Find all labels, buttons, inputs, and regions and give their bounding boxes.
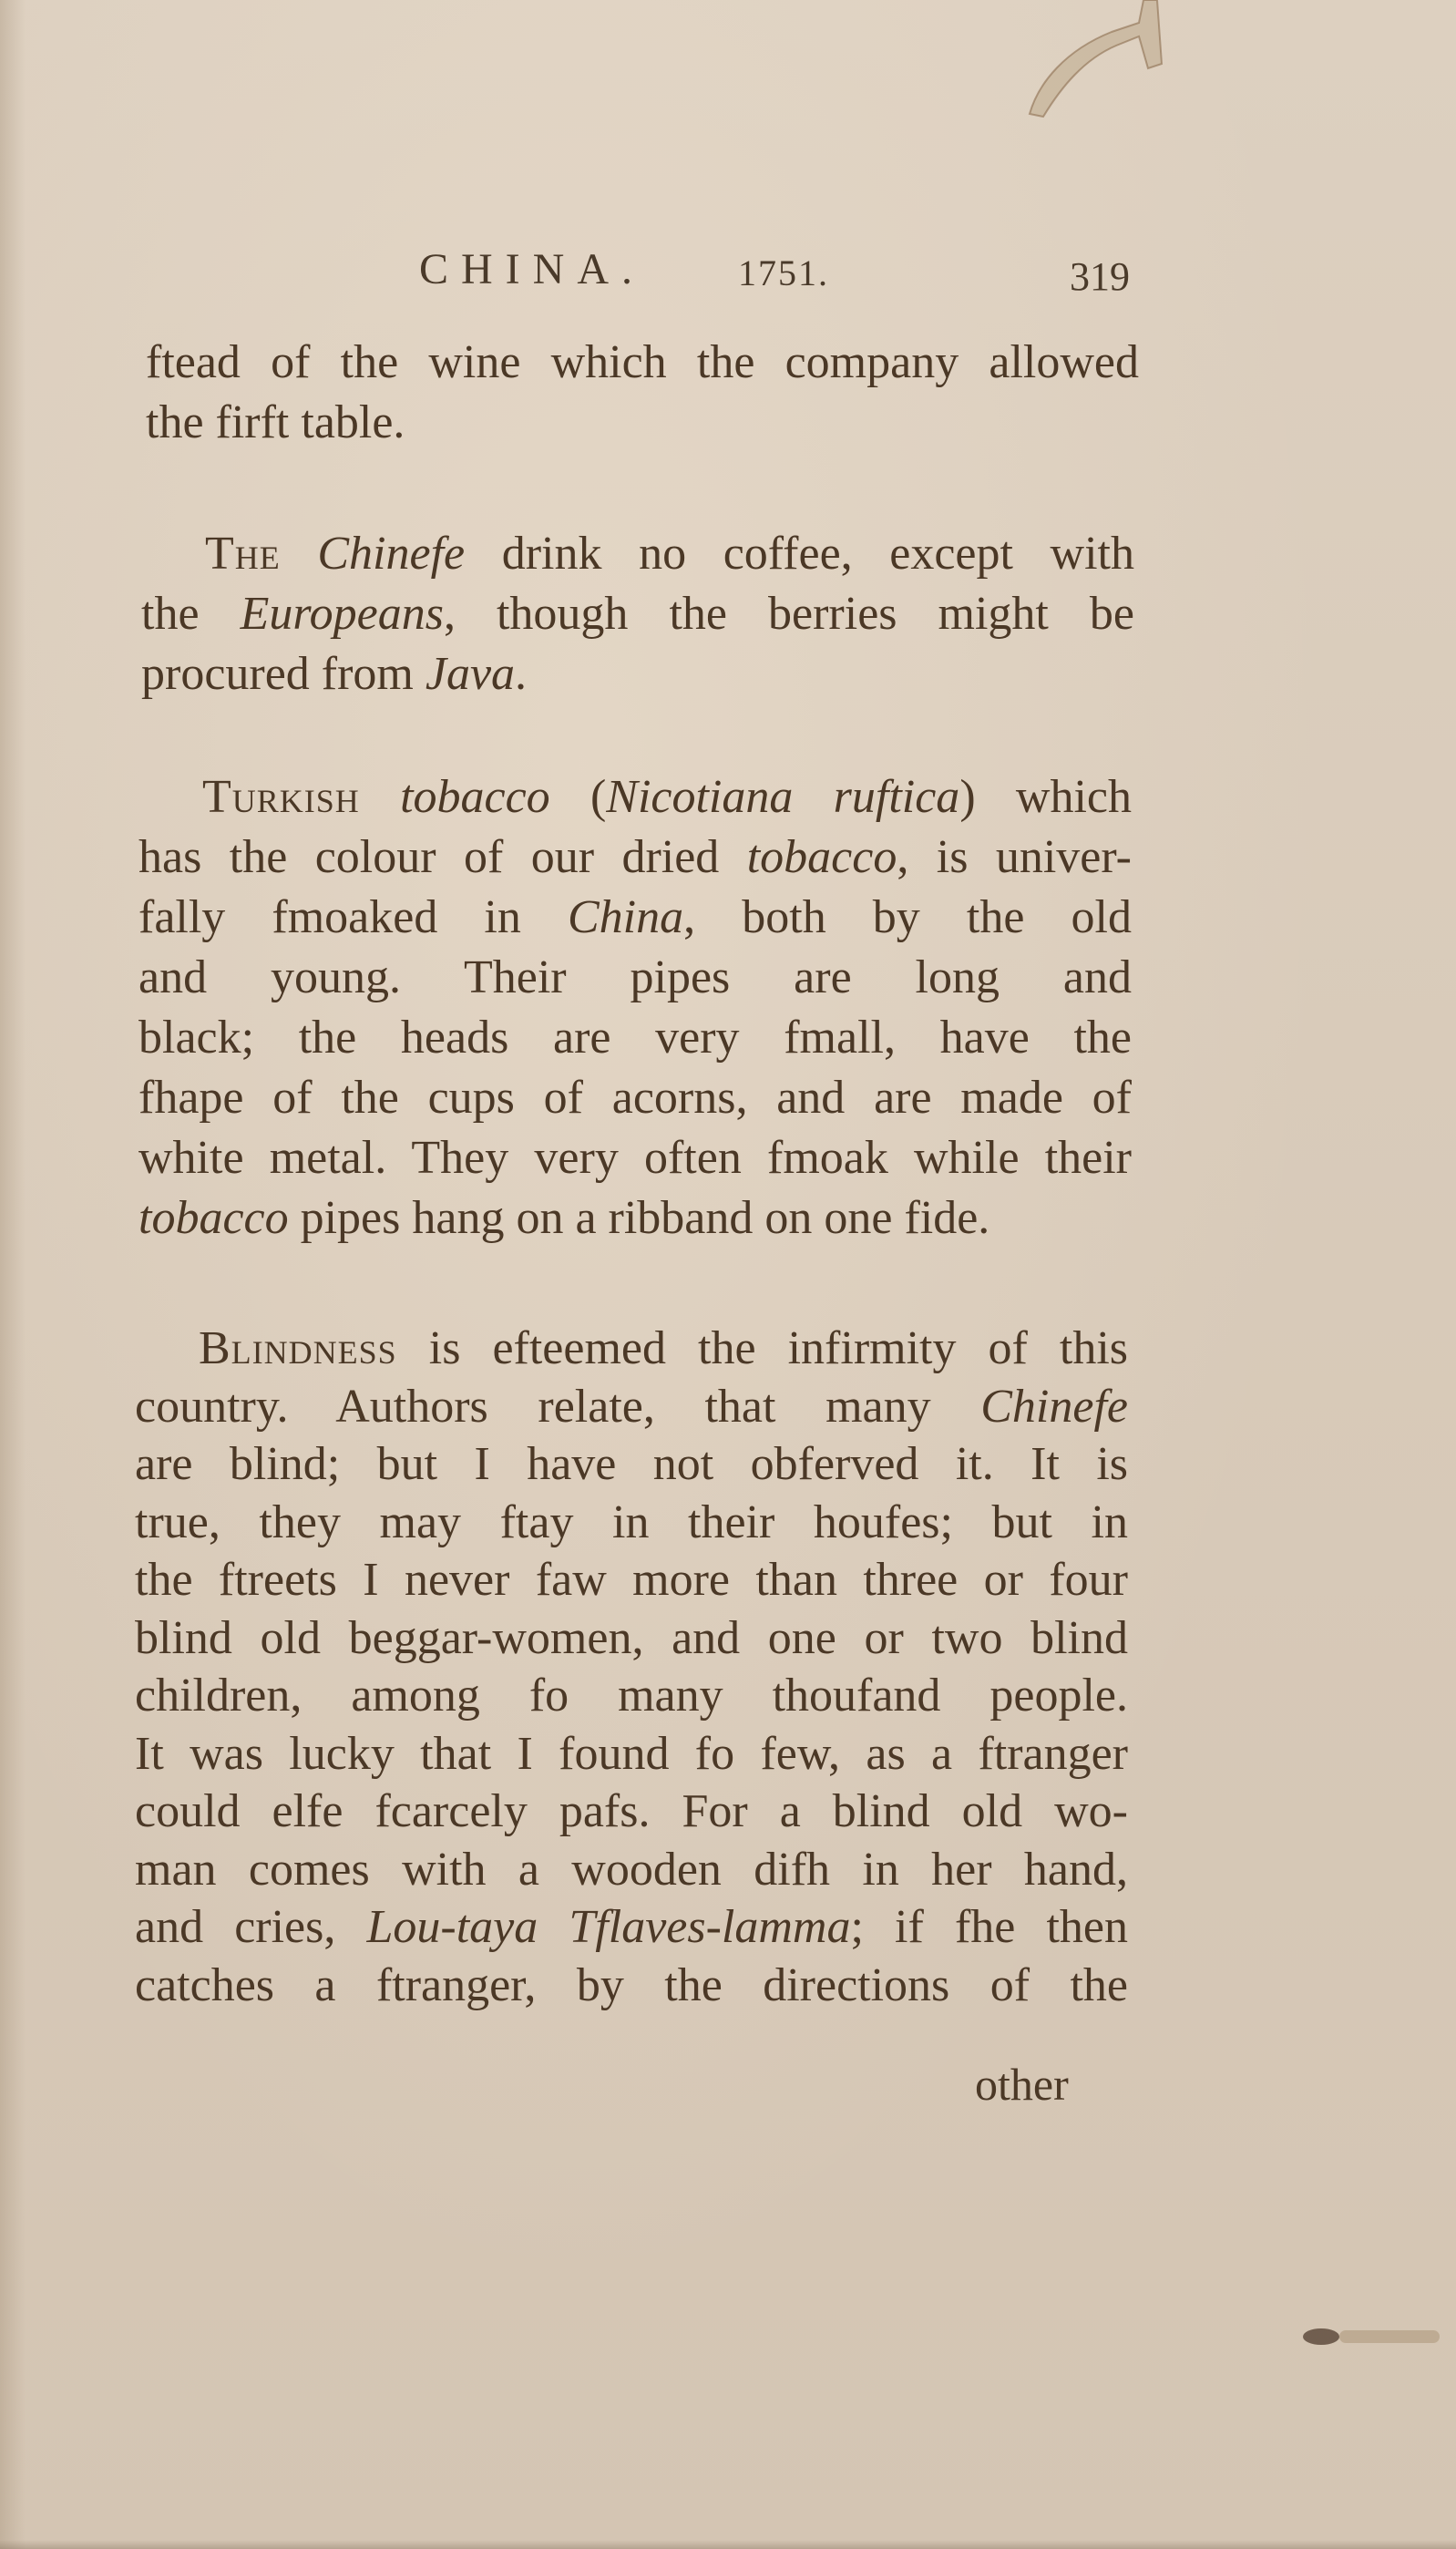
text-line: white metal. They very often fmoak while…: [138, 1128, 1132, 1188]
text-line: are blind; but I have not obferved it. I…: [135, 1435, 1128, 1494]
italic-term: China: [568, 891, 683, 943]
gutter-shadow: [0, 0, 26, 2549]
text-line: Blindness is efteemed the infirmity of t…: [135, 1320, 1128, 1378]
paragraph-blindness: Blindness is efteemed the infirmity of t…: [135, 1320, 1128, 2014]
text-line: catches a ftranger, by the directions of…: [135, 1957, 1128, 2015]
text-line: the firft table.: [146, 393, 1139, 453]
text-line: procured from Java.: [141, 644, 1134, 704]
italic-term: Java: [426, 648, 515, 700]
text-line: country. Authors relate, that many Chine…: [135, 1378, 1128, 1436]
text-line: blind old beggar-women, and one or two b…: [135, 1609, 1128, 1668]
text-line: man comes with a wooden difh in her hand…: [135, 1841, 1128, 1899]
paragraph-tobacco: Turkish tobacco (Nicotiana ruftica) whic…: [138, 767, 1132, 1249]
paragraph-coffee: The Chinefe drink no coffee, except with…: [141, 524, 1134, 704]
paragraph-continuation: ftead of the wine which the company allo…: [146, 333, 1139, 453]
ink-stain-icon: [1303, 2328, 1339, 2345]
lead-word: Turkish: [202, 771, 360, 823]
italic-term: Lou-taya Tflaves-lamma: [367, 1901, 851, 1953]
paper-tear-icon: [1011, 0, 1166, 118]
running-title: CHINA.: [419, 244, 645, 294]
italic-term: Nicotiana ruftica: [606, 771, 959, 823]
page-bottom-edge: [0, 2540, 1456, 2549]
text-line: black; the heads are very fmall, have th…: [138, 1008, 1132, 1068]
text-line: It was lucky that I found fo few, as a f…: [135, 1725, 1128, 1783]
text-line: could elfe fcarcely pafs. For a blind ol…: [135, 1783, 1128, 1841]
text-line: The Chinefe drink no coffee, except with: [141, 524, 1134, 584]
text-fragment: Chinefe drink no coffee, except with: [281, 528, 1134, 580]
italic-term: Europeans: [241, 588, 444, 640]
lead-word: Blindness: [199, 1322, 397, 1374]
text-line: true, they may ftay in their houfes; but…: [135, 1494, 1128, 1552]
text-fragment: is efteemed the infirmity of this: [397, 1322, 1128, 1374]
text-line: Turkish tobacco (Nicotiana ruftica) whic…: [138, 767, 1132, 827]
catchword: other: [975, 2058, 1069, 2111]
text-line: has the colour of our dried tobacco, is …: [138, 827, 1132, 888]
header-year: 1751.: [738, 252, 829, 294]
italic-term: Chinefe: [317, 528, 465, 580]
text-line: fally fmoaked in China, both by the old: [138, 888, 1132, 948]
page-number: 319: [1070, 253, 1130, 300]
text-line: ftead of the wine which the company allo…: [146, 333, 1139, 393]
text-line: the ftreets I never faw more than three …: [135, 1551, 1128, 1609]
text-line: fhape of the cups of acorns, and are mad…: [138, 1068, 1132, 1128]
text-line: the Europeans, though the berries might …: [141, 584, 1134, 644]
italic-term: tobacco: [400, 771, 550, 823]
italic-term: Chinefe: [980, 1381, 1128, 1433]
page-header: CHINA. 1751. 319: [419, 244, 1130, 317]
text-line: and cries, Lou-taya Tflaves-lamma; if fh…: [135, 1898, 1128, 1957]
text-line: children, among fo many thoufand people.: [135, 1667, 1128, 1725]
book-page: CHINA. 1751. 319 ftead of the wine which…: [0, 0, 1456, 2549]
text-fragment: tobacco (Nicotiana ruftica) which: [360, 771, 1132, 823]
italic-term: tobacco: [138, 1192, 289, 1244]
italic-term: tobacco: [747, 831, 897, 883]
paper-mark-icon: [1339, 2330, 1440, 2343]
lead-word: The: [205, 528, 281, 580]
text-line: and young. Their pipes are long and: [138, 948, 1132, 1008]
text-line: tobacco pipes hang on a ribband on one f…: [138, 1188, 1132, 1249]
